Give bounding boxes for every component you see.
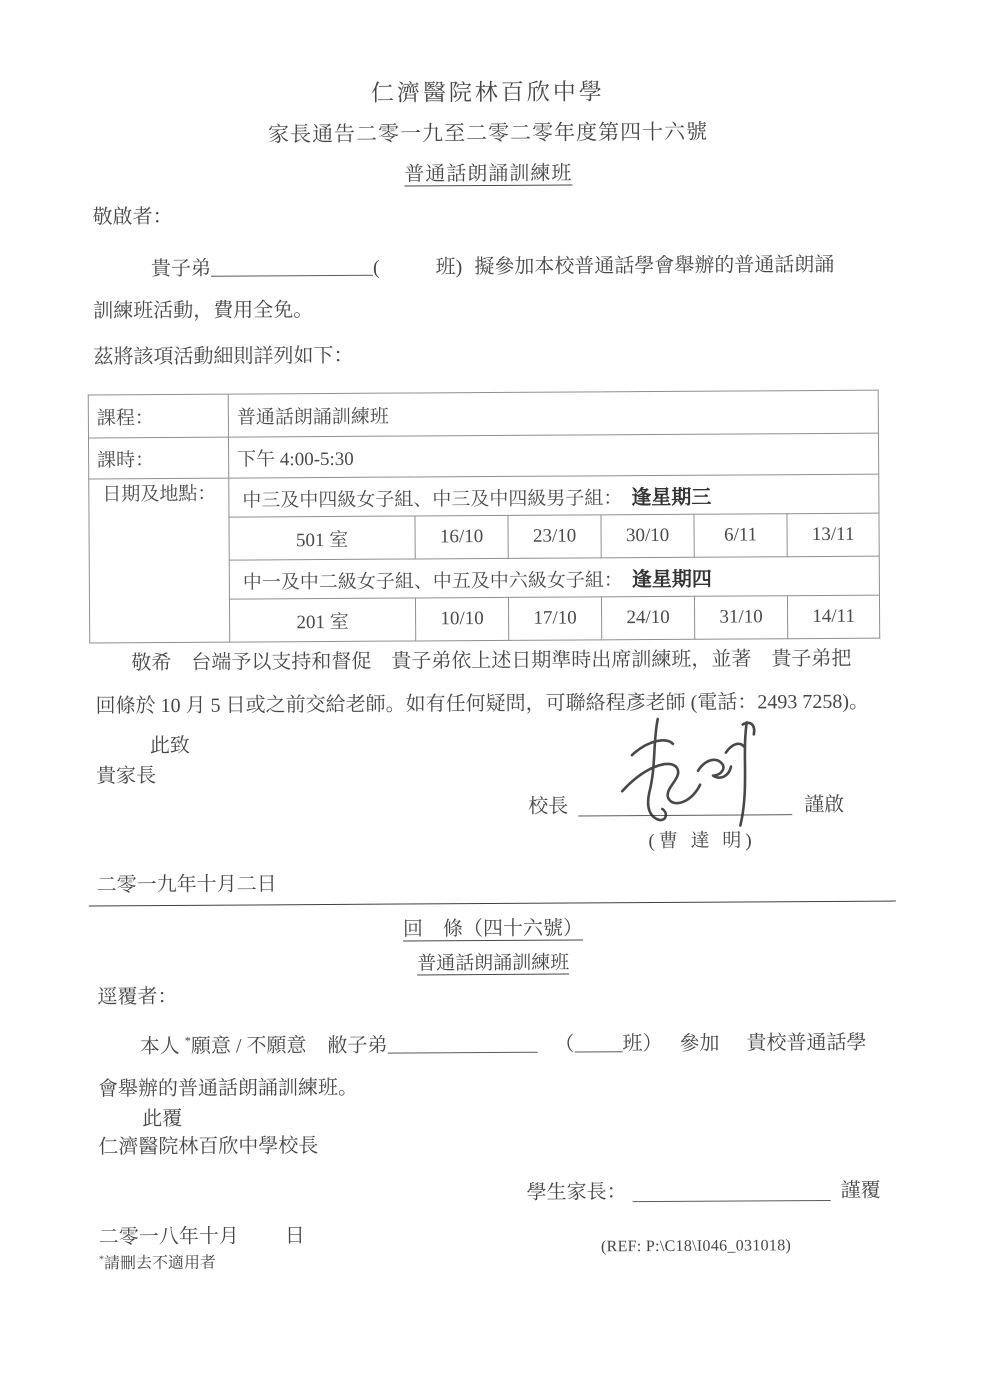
reply-class-label: 班） — [622, 1033, 662, 1055]
parent-label: 學生家長： — [527, 1181, 627, 1204]
paragraph-participation-line1: 貴子弟(班)擬參加本校普通話學會舉辦的普通話朗誦 — [151, 244, 893, 291]
table-intro: 茲將該項活動細則詳列如下： — [93, 339, 353, 370]
group1-title: 中三及中四級女子組、中三及中四級男子組： — [242, 488, 622, 511]
time-value: 下午 4:00-5:30 — [228, 433, 878, 478]
notice-number-line: 家長通告二零一九至二零二零年度第四十六號 — [0, 114, 980, 150]
footnote-text: 請刪去不適用者 — [104, 1255, 216, 1273]
paragraph-text: 擬參加本校普通話學會舉辦的普通話朗誦 — [474, 254, 834, 278]
reply-closing-cifu: 此覆 — [142, 1102, 182, 1131]
group2-day: 逢星期四 — [632, 568, 712, 590]
activity-details: 課程： 普通話朗誦訓練班 課時： 下午 4:00-5:30 日期及地點： 中三及… — [88, 390, 881, 644]
reply-school-part: 貴校普通話學 — [746, 1031, 866, 1054]
reply-salutation: 逕覆者： — [97, 980, 177, 1009]
principal-label: 校長 — [528, 796, 568, 818]
closing-recipient: 貴家長 — [96, 759, 156, 788]
paragraph-reminder-line1: 敬希 台端予以支持和督促 貴子弟依上述日期準時出席訓練班，並著 貴子弟把 — [131, 638, 887, 686]
reply-subtitle: 普通話朗誦訓練班 — [417, 953, 569, 975]
group1-title-cell: 中三及中四級女子組、中三及中四級男子組：逢星期三 — [229, 474, 879, 517]
dates-location-label: 日期及地點： — [89, 478, 230, 643]
reply-self: 本人 — [140, 1036, 180, 1058]
group1-room: 501 室 — [229, 516, 415, 560]
group1-date-2: 23/10 — [508, 515, 601, 559]
principal-suffix: 謹啟 — [804, 794, 844, 816]
parent-notice-document: 仁濟醫院林百欣中學 家長通告二零一九至二零二零年度第四十六號 普通話朗誦訓練班 … — [0, 0, 984, 1392]
group2-date-1: 10/10 — [415, 597, 508, 641]
group1-date-3: 30/10 — [601, 514, 694, 558]
section-divider — [89, 901, 896, 907]
reply-paragraph-line1: 本人 *願意 / 不願意 敝子弟 （班） 參加 貴校普通話學 — [140, 1015, 910, 1067]
parent-signature-line — [633, 1180, 831, 1202]
reply-title: 回 條（四十六號） — [403, 917, 583, 940]
group2-date-3: 24/10 — [601, 596, 694, 640]
principal-signature-block: 校長謹啟 (曹 達 明) — [528, 787, 908, 853]
reply-paragraph: 本人 *願意 / 不願意 敝子弟 （班） 參加 貴校普通話學 會舉辦的普通話朗誦… — [98, 1015, 911, 1110]
reply-join: 參加 — [679, 1032, 719, 1054]
group2-date-4: 31/10 — [694, 596, 787, 640]
activity-details-table: 課程： 普通話朗誦訓練班 課時： 下午 4:00-5:30 日期及地點： 中三及… — [88, 390, 881, 644]
reply-child-label: 敝子弟 — [327, 1034, 387, 1056]
reply-paragraph-line2: 會舉辦的普通話朗誦訓練班。 — [98, 1063, 910, 1110]
group1-day: 逢星期三 — [631, 486, 711, 508]
reply-paren-open: （ — [554, 1033, 574, 1055]
principal-signature — [612, 712, 791, 835]
child-label: 貴子弟 — [151, 258, 211, 280]
paren-open: ( — [373, 257, 380, 279]
paragraph-participation-line2: 訓練班活動，費用全免。 — [93, 286, 893, 333]
course-label: 課程： — [88, 394, 228, 438]
reply-student-name-blank — [387, 1031, 537, 1053]
group2-date-2: 17/10 — [508, 597, 601, 641]
table-row-group1-title: 日期及地點： 中三及中四級女子組、中三及中四級男子組：逢星期三 — [89, 474, 879, 518]
reply-slip-header: 回 條（四十六號） 普通話朗誦訓練班 — [1, 909, 984, 978]
group1-date-1: 16/10 — [415, 515, 508, 559]
course-value: 普通話朗誦訓練班 — [228, 390, 878, 437]
document-header: 仁濟醫院林百欣中學 家長通告二零一九至二零二零年度第四十六號 普通話朗誦訓練班 — [0, 71, 980, 189]
class-label: 班) — [436, 256, 463, 278]
table-row-time: 課時： 下午 4:00-5:30 — [88, 433, 878, 479]
parent-suffix: 謹覆 — [841, 1180, 881, 1202]
time-label: 課時： — [88, 437, 228, 479]
group2-date-5: 14/11 — [787, 595, 879, 639]
reply-date-row: 二零一八年十月日 — [99, 1219, 305, 1249]
notice-subject: 普通話朗誦訓練班 — [0, 154, 980, 189]
group2-title-cell: 中一及中二級女子組、中五及中六級女子組：逢星期四 — [229, 556, 879, 599]
group1-date-4: 6/11 — [694, 514, 787, 558]
paragraph-participation: 貴子弟(班)擬參加本校普通話學會舉辦的普通話朗誦 訓練班活動，費用全免。 — [93, 244, 893, 333]
reply-class-blank — [574, 1031, 622, 1052]
student-name-blank — [211, 255, 373, 277]
school-name: 仁濟醫院林百欣中學 — [0, 71, 980, 110]
group2-room: 201 室 — [229, 598, 415, 642]
reference-code: (REF: P:\C18\I046_031018) — [601, 1237, 791, 1256]
notice-date: 二零一九年十月二日 — [97, 867, 277, 897]
salutation: 敬啟者： — [93, 200, 173, 229]
parent-signature-row: 學生家長：謹覆 — [527, 1174, 881, 1205]
willing-options: 願意 / 不願意 — [191, 1035, 307, 1058]
reply-date: 二零一八年十月 — [99, 1226, 239, 1249]
reply-date-day: 日 — [285, 1225, 305, 1247]
group2-title: 中一及中二級女子組、中五及中六級女子組： — [243, 570, 623, 593]
footnote: *請刪去不適用者 — [99, 1250, 216, 1274]
group1-date-5: 13/11 — [787, 513, 879, 557]
reply-closing-to: 仁濟醫院林百欣中學校長 — [98, 1129, 318, 1159]
closing-cizhi: 此致 — [150, 729, 190, 758]
table-row-course: 課程： 普通話朗誦訓練班 — [88, 390, 878, 438]
